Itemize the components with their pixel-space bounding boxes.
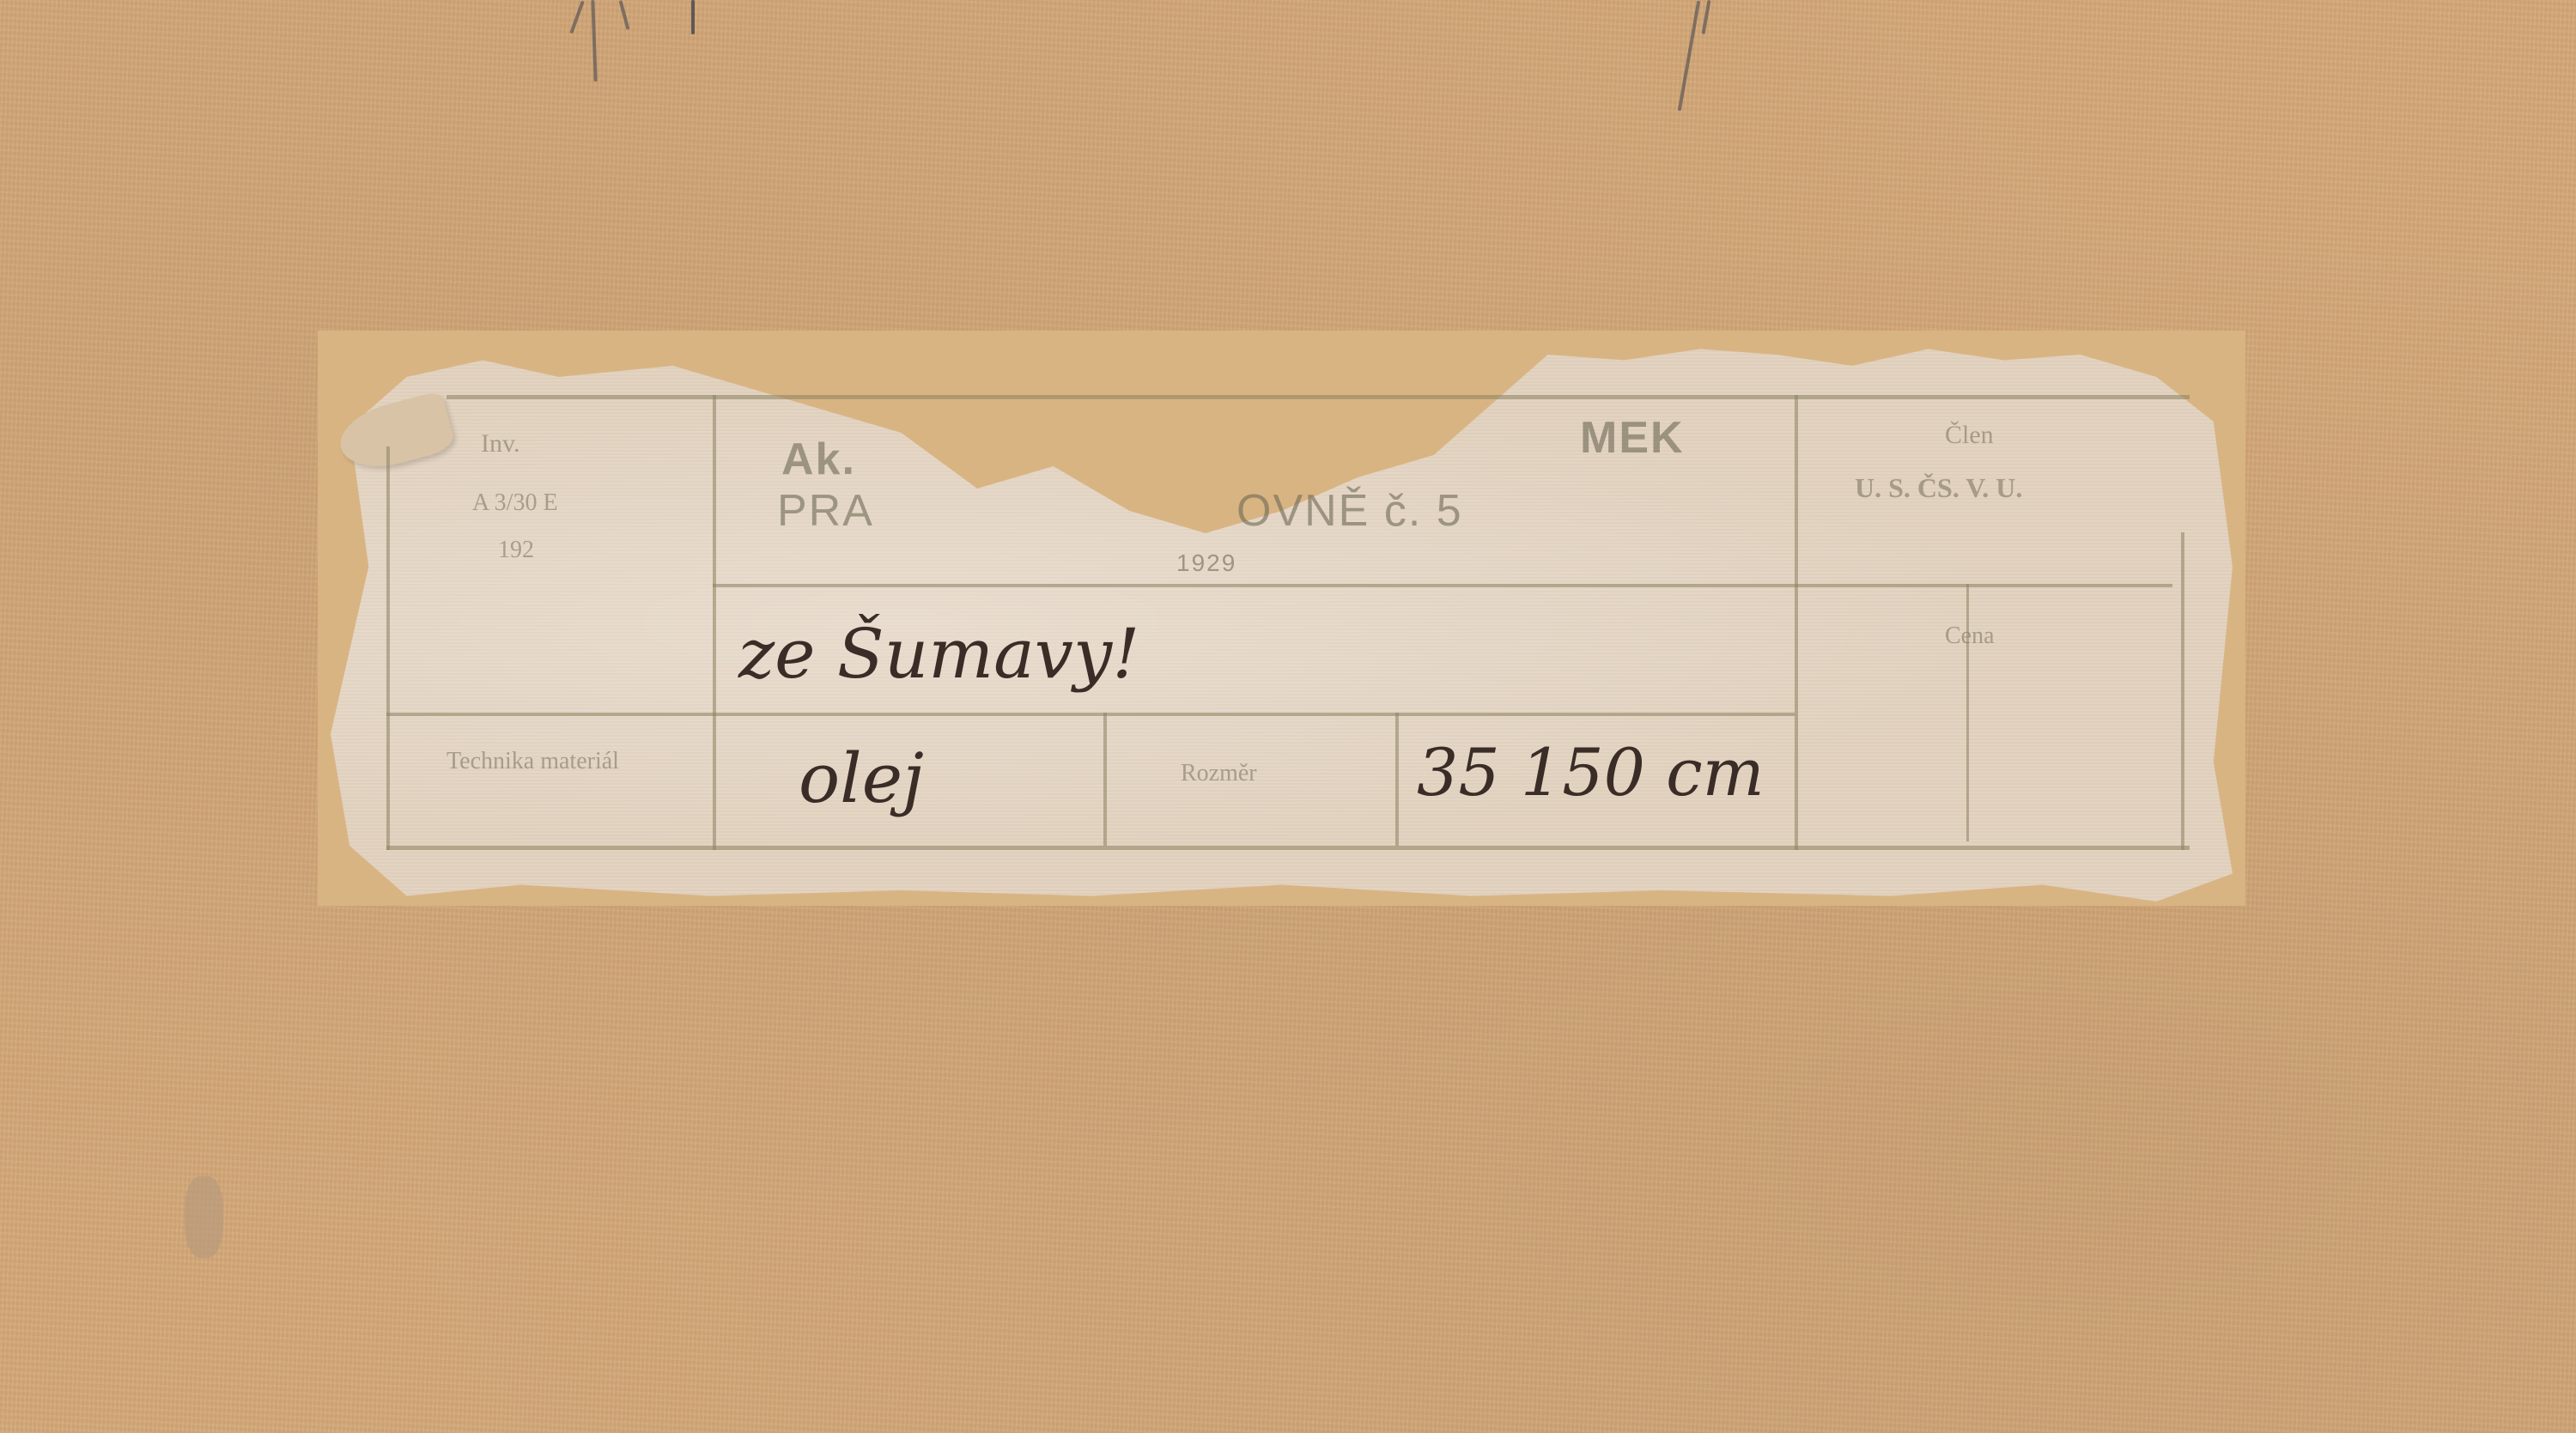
form-line-lower: [386, 713, 1795, 716]
form-col-1: [713, 395, 716, 850]
form-col-2: [1103, 713, 1107, 846]
form-col-left: [386, 446, 390, 850]
price-label: Cena: [1945, 622, 1995, 650]
form-line-bottom: [386, 846, 2190, 850]
form-line-top: [447, 395, 2190, 399]
pencil-mark: [569, 1, 584, 34]
pencil-mark: [691, 0, 695, 34]
header-line2-right: OVNĚ č. 5: [1236, 485, 1463, 537]
inventory-year: 192: [498, 537, 534, 564]
header-line1-left: Ak.: [781, 434, 856, 485]
member-org: U. S. ČS. V. U.: [1855, 472, 2022, 504]
header-line1-right: MEK: [1580, 412, 1685, 464]
pencil-mark: [1678, 1, 1701, 112]
header-line3: 1929: [1176, 550, 1236, 577]
form-line-mid: [713, 584, 2172, 587]
size-handwritten: 35 150 cm: [1417, 734, 1765, 811]
pencil-mark: [591, 0, 597, 82]
header-line2-left: PRA: [777, 485, 874, 537]
form-col-3: [1395, 713, 1399, 846]
size-label: Rozměr: [1181, 760, 1257, 787]
title-handwritten: ze Šumavy!: [738, 614, 1139, 694]
inventory-label: Inv.: [481, 429, 520, 458]
stain-mark: [185, 1176, 223, 1258]
form-col-right: [2181, 532, 2184, 850]
pencil-mark: [1702, 0, 1711, 34]
form-col-4: [1795, 395, 1798, 850]
member-label: Člen: [1945, 421, 1994, 450]
pencil-mark: [619, 0, 630, 30]
technique-label: Technika materiál: [447, 743, 687, 780]
technique-handwritten: olej: [799, 738, 924, 818]
inventory-number: A 3/30 E: [472, 489, 558, 517]
